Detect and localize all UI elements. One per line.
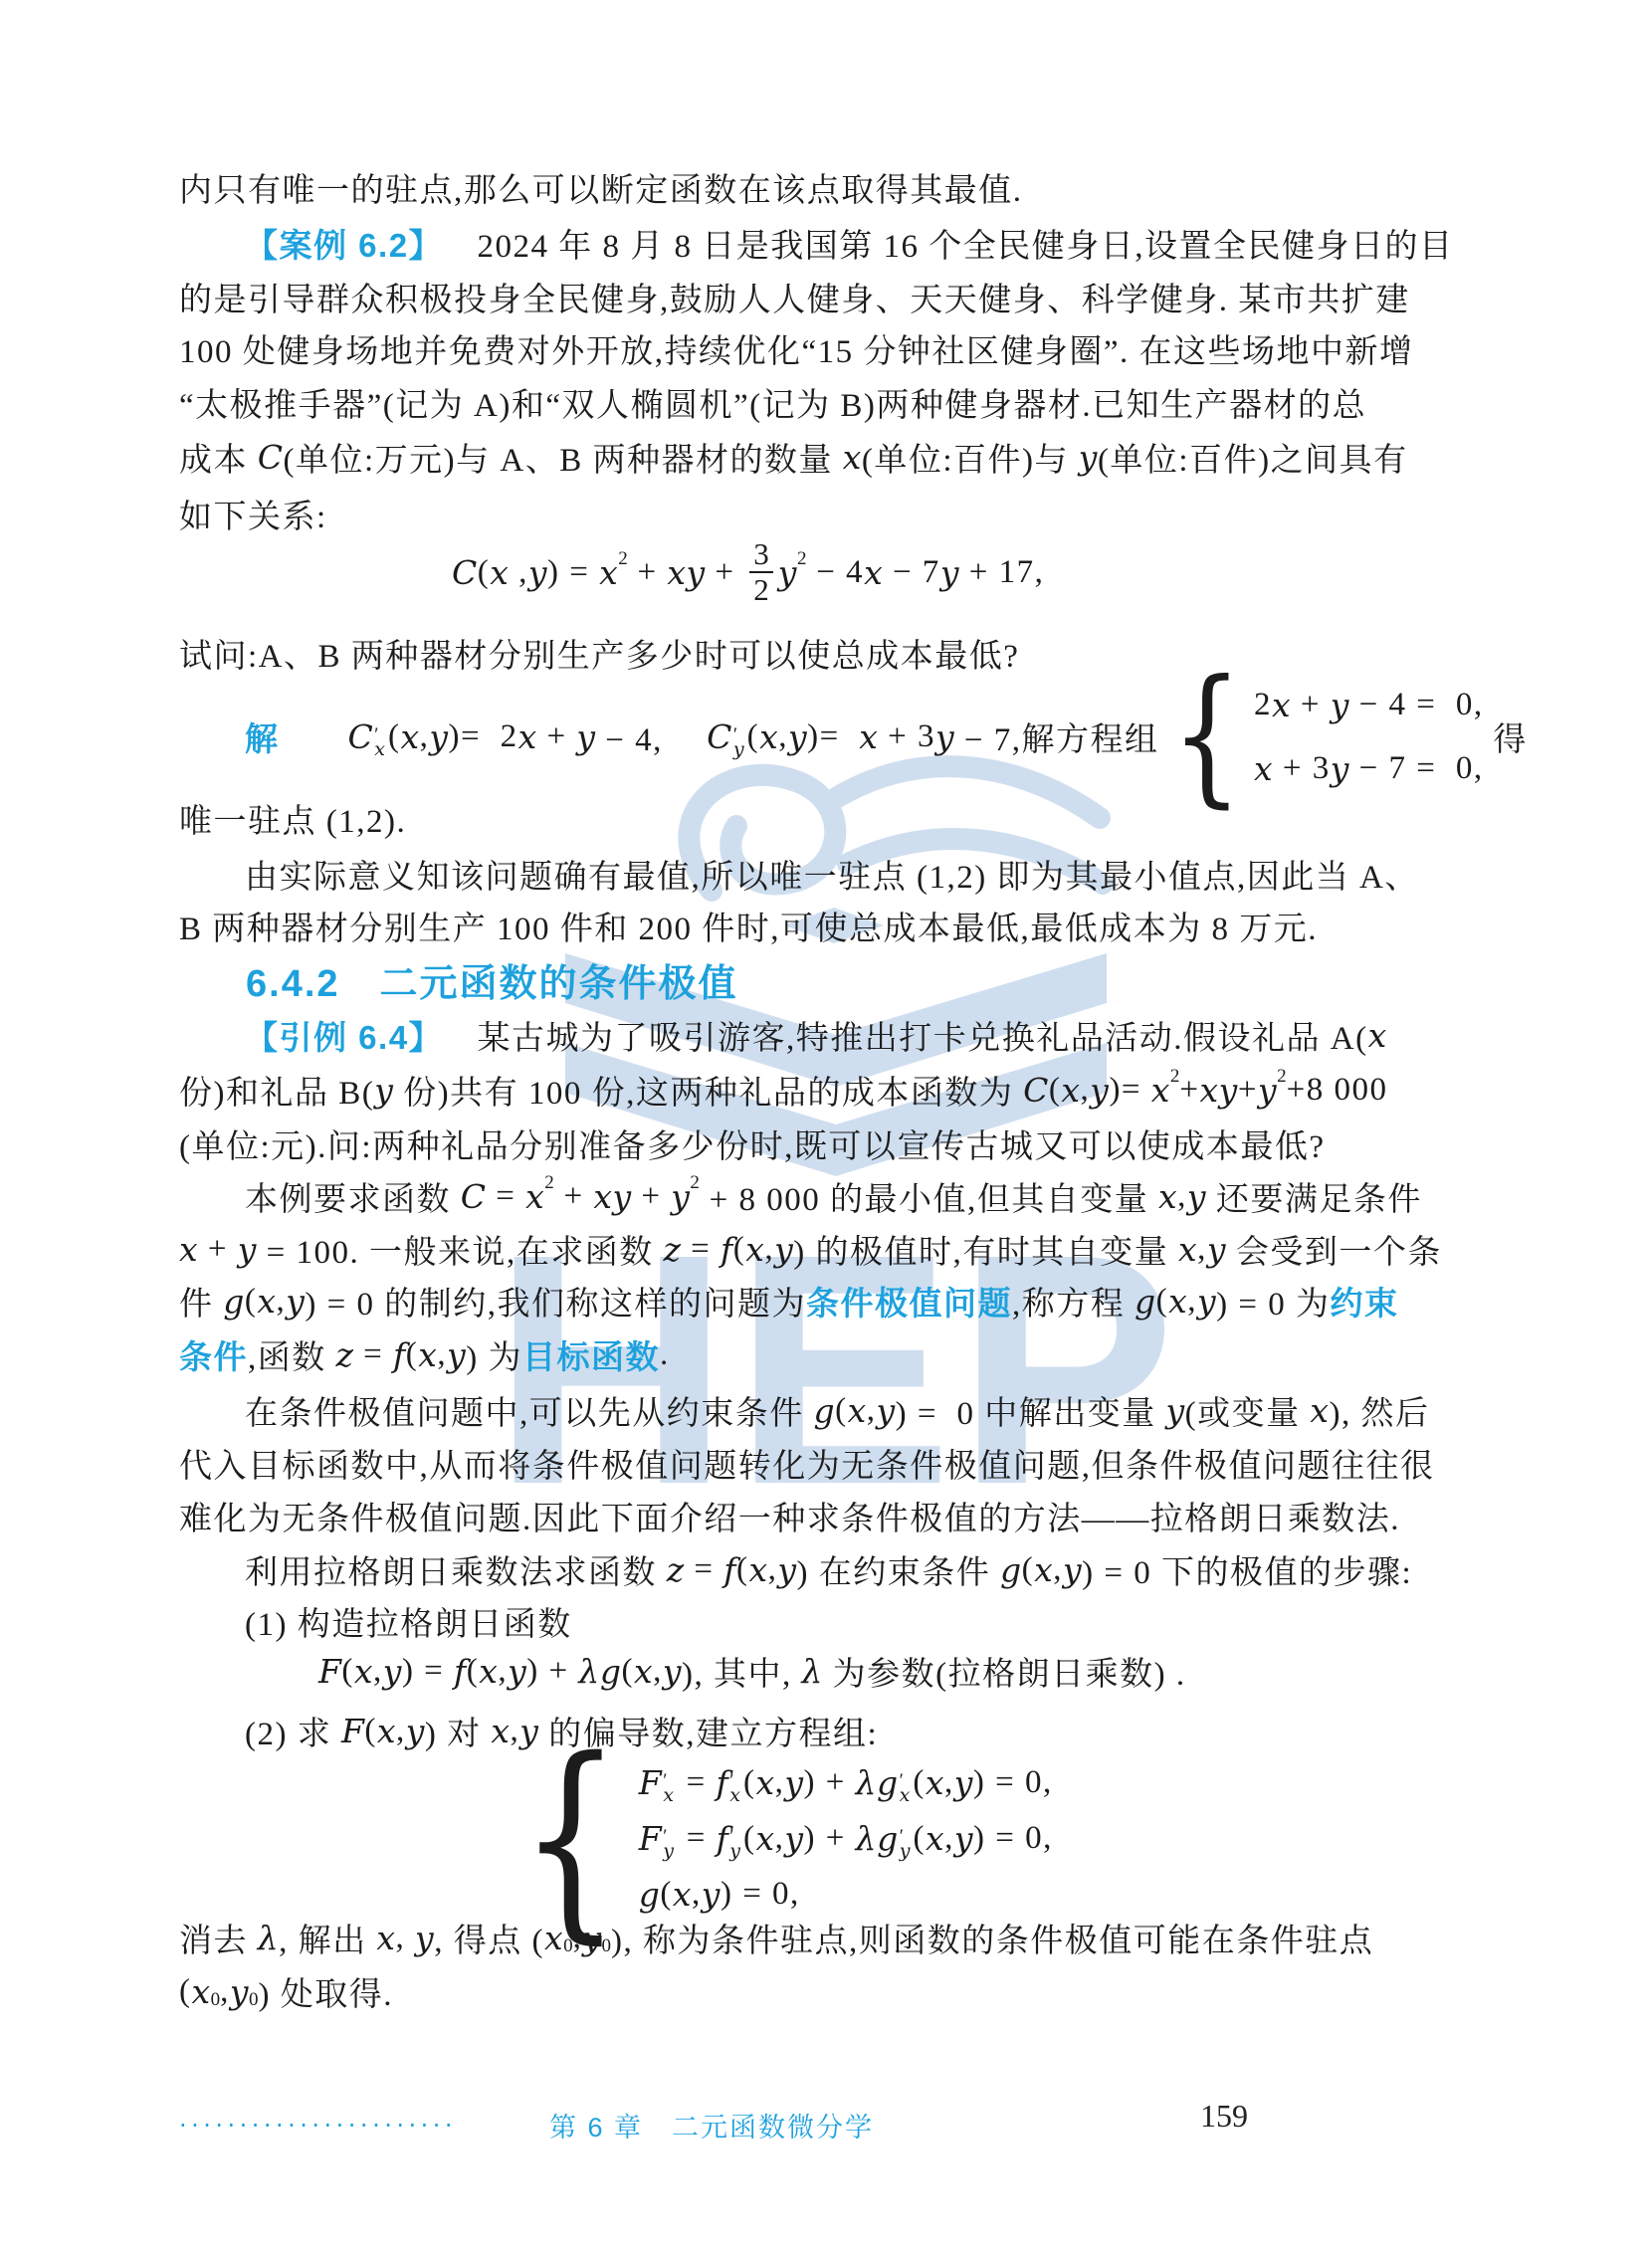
- subscript: y: [729, 1842, 740, 1860]
- brace-icon: {: [519, 1747, 622, 1930]
- text-span: (单位:百件)与: [862, 434, 1079, 481]
- math-var: λ: [801, 1652, 822, 1691]
- text-line: 消去 λ, 解出 x, y, 得点 (x0,y0), 称为条件驻点,则函数的条件…: [179, 1911, 1373, 1964]
- text-span: +: [628, 554, 668, 591]
- text-span: 在条件极值问题中,可以先从约束条件: [245, 1387, 814, 1434]
- text-span: (: [179, 1973, 192, 2010]
- text-span: 的是引导群众积极投身全民健身,鼓励人人健身、天天健身、科学健身. 某市共扩建: [179, 274, 1410, 320]
- math-var: y: [1090, 1071, 1109, 1110]
- text-span: ,: [1187, 1283, 1197, 1320]
- text-span: 试问:A、B 两种器材分别生产多少时可以使总成本最低?: [179, 630, 1019, 677]
- text-span: − 4,: [596, 713, 708, 760]
- text-line: 成本 C(单位:万元)与 A、B 两种器材的数量 x(单位:百件)与 y(单位:…: [179, 430, 1408, 484]
- math-var: y: [1166, 1391, 1185, 1430]
- text-span: , 得点 (: [434, 1915, 544, 1961]
- accent-term: 条件: [179, 1331, 248, 1378]
- math-var: x: [756, 1819, 775, 1858]
- math-var: xy: [593, 1177, 631, 1216]
- math-var: x: [1034, 1550, 1053, 1589]
- text-span: 份)和礼品 B(: [179, 1067, 374, 1114]
- math-var: y: [1187, 1177, 1206, 1216]
- math-var: x: [1254, 749, 1273, 788]
- text-span: ,: [944, 1764, 954, 1801]
- text-line: {F′x = f′x(x,y) + λg′x(x,y) = 0,F′y = f′…: [503, 1753, 1053, 1923]
- text-span: (: [1022, 1551, 1035, 1588]
- text-span: ,: [396, 1920, 416, 1956]
- text-span: ) +: [526, 1653, 578, 1690]
- text-line: 如下关系:: [179, 487, 327, 540]
- math-var: λ: [258, 1919, 279, 1957]
- text-span: ,: [511, 1713, 520, 1749]
- math-var: y: [286, 1282, 305, 1321]
- text-span: (2) 求: [245, 1708, 341, 1754]
- math-var: x: [759, 717, 778, 756]
- text-span: (: [388, 718, 401, 755]
- text-span: + 3: [1273, 750, 1331, 787]
- text-span: ) 在约束条件: [797, 1546, 1001, 1593]
- text-span: ), 其中,: [682, 1648, 802, 1695]
- accent-term: 条件极值问题: [806, 1278, 1012, 1324]
- math-var: y: [777, 1550, 796, 1589]
- page: HEP 内只有唯一的驻点,那么可以断定函数在该点取得其最值.【案例 6.2】 2…: [0, 0, 1652, 2241]
- math-var: x: [1272, 686, 1291, 724]
- text-span: (: [736, 1551, 749, 1588]
- text-span: ) = 0,: [973, 1764, 1053, 1801]
- text-span: 本例要求函数: [245, 1173, 461, 1220]
- math-var: z: [336, 1335, 354, 1374]
- text-span: ,: [653, 1653, 663, 1690]
- text-span: ,: [692, 1876, 702, 1913]
- superscript: 2: [618, 548, 628, 570]
- math-var: C: [461, 1177, 487, 1216]
- text-line: 【案例 6.2】 2024 年 8 月 8 日是我国第 16 个全民健身日,设置…: [245, 216, 1454, 270]
- text-span: ) +: [804, 1764, 856, 1801]
- text-span: =: [353, 1336, 393, 1373]
- text-span: (: [1156, 1283, 1169, 1320]
- text-span: ) =: [402, 1653, 454, 1690]
- text-span: (: [478, 554, 491, 591]
- math-var: y: [778, 553, 797, 592]
- superscript: 2: [544, 1172, 554, 1194]
- text-line: 的是引导群众积极投身全民健身,鼓励人人健身、天天健身、科学健身. 某市共扩建: [179, 270, 1410, 323]
- text-span: ) = 0 中解出变量: [896, 1387, 1166, 1434]
- text-line: (1) 构造拉格朗日函数: [245, 1594, 572, 1648]
- math-var: x: [479, 1652, 498, 1691]
- section-heading: 6.4.2 二元函数的条件极值: [246, 950, 738, 1008]
- math-var: x: [1368, 1016, 1387, 1055]
- text-span: +: [632, 1178, 672, 1215]
- text-span: =: [487, 1178, 526, 1215]
- math-var: x: [376, 1919, 395, 1957]
- subscript: 0: [211, 1989, 221, 2011]
- text-line: 本例要求函数 C = x2 + xy + y2 + 8 000 的最小值,但其自…: [245, 1169, 1422, 1223]
- math-var: y: [954, 1819, 973, 1858]
- text-span: +: [706, 554, 745, 591]
- subscript: x: [900, 1786, 911, 1804]
- text-span: ,: [1081, 1072, 1091, 1109]
- text-span: (或变量: [1185, 1387, 1311, 1434]
- equation-row: x + 3y − 7 = 0,: [1254, 736, 1484, 800]
- text-span: ,: [775, 1820, 785, 1857]
- text-span: 利用拉格朗日乘数法求函数: [245, 1546, 667, 1593]
- math-var: y: [447, 1335, 466, 1374]
- accent-term: 目标函数: [522, 1331, 660, 1378]
- text-span: 还要满足条件: [1206, 1173, 1422, 1220]
- text-span: ), 然后: [1330, 1387, 1430, 1434]
- text-span: ) 的极值时,有时其自变量: [793, 1226, 1178, 1273]
- text-span: B 两种器材分别生产 100 件和 200 件时,可使总成本最低,最低成本为 8…: [179, 903, 1318, 949]
- math-var: x: [634, 1652, 653, 1691]
- math-var: x: [1158, 1177, 1177, 1216]
- math-var: xy: [1200, 1071, 1238, 1110]
- math-var: x: [192, 1972, 211, 2011]
- text-span: ) 对: [425, 1708, 492, 1754]
- equation-rows: 2x + y − 4 = 0,x + 3y − 7 = 0,: [1254, 673, 1484, 800]
- equation-row: F′y = f′y(x,y) + λg′y(x,y) = 0,: [639, 1810, 1053, 1866]
- math-var: y: [582, 1919, 601, 1957]
- text-span: ) = 0,: [973, 1820, 1053, 1857]
- math-var: y: [671, 1177, 690, 1216]
- text-span: ,: [420, 718, 430, 755]
- text-span: ,: [498, 1653, 508, 1690]
- math-var: x: [745, 1230, 764, 1269]
- equation-row: 2x + y − 4 = 0,: [1254, 673, 1484, 736]
- text-line: 在条件极值问题中,可以先从约束条件 g(x,y) = 0 中解出变量 y(或变量…: [245, 1383, 1430, 1437]
- text-span: ,函数: [248, 1331, 336, 1378]
- text-span: ) = 0 下的极值的步骤:: [1082, 1546, 1412, 1593]
- math-var: x: [544, 1919, 563, 1957]
- text-span: +8 000: [1287, 1072, 1388, 1109]
- math-var: x: [1151, 1071, 1170, 1110]
- text-span: − 7 = 0,: [1349, 750, 1484, 787]
- text-span: +: [1238, 1072, 1258, 1109]
- math-var: x: [926, 1763, 944, 1802]
- text-span: (: [660, 1876, 673, 1913]
- text-span: 如下关系:: [179, 491, 327, 537]
- math-var: y: [1258, 1071, 1277, 1110]
- text-span: 成本: [179, 434, 258, 481]
- page-content: 内只有唯一的驻点,那么可以断定函数在该点取得其最值.【案例 6.2】 2024 …: [0, 0, 1652, 2241]
- math-var: y: [374, 1071, 393, 1110]
- accent-term: 解: [245, 713, 280, 760]
- text-span: (: [621, 1653, 634, 1690]
- text-span: 由实际意义知该问题确有最值,所以唯一驻点 (1,2) 即为其最小值点,因此当 A…: [245, 851, 1419, 898]
- text-span: ,: [764, 1231, 774, 1268]
- text-span: ,: [437, 1336, 447, 1373]
- text-line: C(x ,y) = x2 + xy + 32y2 − 4x − 7y + 17,: [452, 517, 1044, 627]
- prime-subscript: ′x: [374, 725, 385, 758]
- math-var: x: [755, 1763, 774, 1802]
- equation-row: F′x = f′x(x,y) + λg′x(x,y) = 0,: [639, 1754, 1053, 1810]
- math-var: x: [179, 1230, 198, 1269]
- math-var: x: [1178, 1230, 1197, 1269]
- text-span: +: [554, 1178, 594, 1215]
- math-var: y: [238, 1230, 257, 1269]
- text-span: (: [245, 1283, 258, 1320]
- text-span: ) = 0 的制约,我们称这样的问题为: [305, 1278, 806, 1324]
- text-span: + 3: [878, 718, 935, 755]
- text-line: (单位:元).问:两种礼品分别准备多少份时,既可以宣传古城又可以使成本最低?: [179, 1117, 1325, 1170]
- math-var: g: [639, 1875, 661, 1914]
- text-line: 份)和礼品 B(y 份)共有 100 份,这两种礼品的成本函数为 C(x,y)=…: [179, 1063, 1387, 1117]
- math-var: x: [400, 717, 419, 756]
- text-span: − 4: [806, 554, 864, 591]
- equation-rows: F′x = f′x(x,y) + λg′x(x,y) = 0,F′y = f′y…: [639, 1754, 1053, 1922]
- math-var: λg: [578, 1652, 621, 1691]
- brace-icon: {: [1170, 673, 1242, 800]
- text-span: ,: [867, 1392, 877, 1429]
- text-span: 得: [1484, 713, 1528, 760]
- math-var: y: [576, 717, 595, 756]
- text-span: +: [537, 718, 577, 755]
- math-var: y: [1063, 1550, 1082, 1589]
- text-span: ,: [509, 554, 528, 591]
- math-var: y: [429, 717, 448, 756]
- text-line: 条件,函数 z = f(x,y) 为目标函数.: [179, 1327, 670, 1381]
- text-line: B 两种器材分别生产 100 件和 200 件时,可使总成本最低,最低成本为 8…: [179, 899, 1318, 952]
- math-var: y: [877, 1391, 896, 1430]
- text-span: − 7,解方程组: [954, 713, 1158, 760]
- text-span: ,称方程: [1012, 1278, 1135, 1324]
- prime-subscript: ′x: [900, 1771, 911, 1804]
- text-span: (: [743, 1764, 756, 1801]
- math-var: x: [518, 717, 537, 756]
- math-var: f: [717, 1763, 729, 1802]
- math-var: y: [702, 1875, 721, 1914]
- text-span: 内只有唯一的驻点,那么可以断定函数在该点取得其最值.: [179, 164, 1023, 211]
- text-span: (: [1049, 1072, 1062, 1109]
- text-span: ) +: [804, 1820, 856, 1857]
- equation-system: {2x + y − 4 = 0,x + 3y − 7 = 0,: [1159, 673, 1484, 800]
- text-span: 难化为无条件极值问题.因此下面介绍一种求条件极值的方法——拉格朗日乘数法.: [179, 1493, 1400, 1539]
- text-span: )= 2: [449, 718, 518, 755]
- subscript: y: [900, 1842, 911, 1860]
- fraction: 32: [749, 537, 773, 607]
- text-span: =: [677, 1820, 717, 1857]
- text-span: ,: [775, 1764, 785, 1801]
- text-span: (: [747, 718, 760, 755]
- math-var: F: [639, 1763, 662, 1802]
- math-var: x: [599, 553, 618, 592]
- math-var: y: [784, 1763, 803, 1802]
- text-span: 6.4.2 二元函数的条件极值: [246, 952, 738, 1007]
- prime-subscript: ′y: [729, 1827, 740, 1860]
- text-line: (x0,y0) 处取得.: [179, 1964, 393, 2018]
- text-span: + 8 000 的最小值,但其自变量: [700, 1173, 1158, 1220]
- text-span: (: [406, 1336, 419, 1373]
- text-span: )=: [807, 718, 859, 755]
- text-span: ) =: [547, 554, 599, 591]
- subscript: y: [733, 740, 744, 758]
- math-var: x: [843, 438, 862, 477]
- math-var: y: [774, 1230, 793, 1269]
- text-span: ,: [768, 1551, 778, 1588]
- math-var: y: [954, 1763, 973, 1802]
- text-line: 利用拉格朗日乘数法求函数 z = f(x,y) 在约束条件 g(x,y) = 0…: [245, 1542, 1412, 1596]
- text-span: (1) 构造拉格朗日函数: [245, 1598, 572, 1645]
- math-var: y: [383, 1652, 402, 1691]
- text-span: (: [835, 1392, 848, 1429]
- math-var: z: [667, 1550, 685, 1589]
- page-number: 159: [1200, 2098, 1248, 2135]
- equation-system: {F′x = f′x(x,y) + λg′x(x,y) = 0,F′y = f′…: [503, 1747, 1053, 1930]
- text-span: 某古城为了吸引游客,特推出打卡兑换礼品活动.假设礼品 A(: [443, 1012, 1368, 1059]
- text-span: +: [198, 1231, 238, 1268]
- math-var: λg: [856, 1819, 899, 1858]
- text-line: 代入目标函数中,从而将条件极值问题转化为无条件极值问题,但条件极值问题往往很: [179, 1436, 1435, 1490]
- text-span: ,: [373, 1653, 383, 1690]
- text-line: x + y = 100. 一般来说,在求函数 z = f(x,y) 的极值时,有…: [179, 1222, 1442, 1276]
- subscript: y: [663, 1842, 674, 1860]
- text-span: ,: [778, 718, 788, 755]
- math-var: y: [1079, 438, 1098, 477]
- text-span: , 解出: [279, 1915, 376, 1961]
- text-span: (: [743, 1820, 756, 1857]
- text-span: ) 为: [466, 1331, 522, 1378]
- math-var: y: [784, 1819, 803, 1858]
- math-var: x: [848, 1391, 867, 1430]
- math-var: g: [814, 1391, 836, 1430]
- text-span: .: [660, 1336, 670, 1373]
- superscript: 2: [1170, 1066, 1180, 1088]
- prime-subscript: ′y: [663, 1827, 674, 1860]
- text-line: “太极推手器”(记为 A)和“双人椭圆机”(记为 B)两种健身器材.已知生产器材…: [179, 375, 1366, 429]
- math-var: C: [348, 717, 374, 756]
- math-var: y: [406, 1712, 425, 1750]
- math-var: y: [935, 717, 954, 756]
- text-span: =: [677, 1764, 717, 1801]
- math-var: y: [528, 553, 547, 592]
- text-span: )=: [1109, 1072, 1150, 1109]
- text-line: 难化为无条件极值问题.因此下面介绍一种求条件极值的方法——拉格朗日乘数法.: [179, 1489, 1400, 1542]
- math-var: x: [1061, 1071, 1080, 1110]
- math-var: F: [639, 1819, 662, 1858]
- text-span: − 4 = 0,: [1349, 687, 1484, 723]
- text-line: 件 g(x,y) = 0 的制约,我们称这样的问题为条件极值问题,称方程 g(x…: [179, 1274, 1399, 1327]
- fraction-numerator: 3: [753, 537, 769, 571]
- math-var: g: [1135, 1282, 1156, 1321]
- math-var: y: [940, 553, 959, 592]
- subscript: x: [663, 1786, 674, 1804]
- math-var: f: [721, 1230, 733, 1269]
- math-var: f: [717, 1819, 729, 1858]
- math-var: x: [926, 1819, 944, 1858]
- text-span: ,: [1053, 1551, 1063, 1588]
- text-span: “太极推手器”(记为 A)和“双人椭圆机”(记为 B)两种健身器材.已知生产器材…: [179, 379, 1366, 426]
- subscript: 0: [563, 1935, 573, 1957]
- text-span: ,: [944, 1820, 954, 1857]
- text-span: ) = 0,: [721, 1876, 800, 1913]
- accent-term: 【引例 6.4】: [245, 1012, 443, 1059]
- text-span: 代入目标函数中,从而将条件极值问题转化为无条件极值问题,但条件极值问题往往很: [179, 1440, 1435, 1487]
- text-span: = 100. 一般来说,在求函数: [257, 1226, 664, 1273]
- text-line: 【引例 6.4】 某古城为了吸引游客,特推出打卡兑换礼品活动.假设礼品 A(x: [245, 1008, 1387, 1062]
- math-var: f: [723, 1550, 736, 1589]
- math-var: x: [1310, 1391, 1329, 1430]
- math-var: x: [864, 553, 883, 592]
- superscript: 2: [690, 1172, 700, 1194]
- text-span: =: [685, 1551, 724, 1588]
- text-span: ), 称为条件驻点,则函数的条件极值可能在条件驻点: [611, 1915, 1373, 1961]
- prime-subscript: ′y: [900, 1827, 911, 1860]
- prime-subscript: ′x: [729, 1771, 740, 1804]
- text-span: (单位:百件)之间具有: [1098, 434, 1408, 481]
- accent-term: 约束: [1331, 1278, 1399, 1324]
- math-var: x: [377, 1712, 396, 1750]
- math-var: x: [673, 1875, 692, 1914]
- page-footer: ······················· 第 6 章 二元函数微分学 15…: [0, 2090, 1652, 2159]
- prime-subscript: ′x: [663, 1771, 674, 1804]
- text-span: + 17,: [959, 554, 1044, 591]
- text-span: 消去: [179, 1915, 258, 1961]
- math-var: f: [393, 1335, 406, 1374]
- math-var: F: [341, 1712, 364, 1750]
- footer-chapter-title: 第 6 章 二元函数微分学: [549, 2106, 874, 2144]
- text-span: ,: [220, 1973, 230, 2010]
- text-span: ,: [396, 1713, 406, 1749]
- text-span: (: [913, 1764, 926, 1801]
- math-var: λg: [856, 1763, 899, 1802]
- text-span: 份)共有 100 份,这两种礼品的成本函数为: [393, 1067, 1023, 1114]
- subscript: x: [729, 1786, 740, 1804]
- text-span: +: [1179, 1072, 1199, 1109]
- textbook-page: { "accent": "#1da1dd", "text_color": "#1…: [0, 0, 1652, 2241]
- math-var: y: [1331, 686, 1349, 724]
- math-var: C: [258, 438, 284, 477]
- math-var: C: [452, 553, 478, 592]
- math-var: x: [490, 553, 509, 592]
- text-span: 2024 年 8 月 8 日是我国第 16 个全民健身日,设置全民健身日的目: [443, 220, 1454, 267]
- text-span: 会受到一个条: [1226, 1226, 1442, 1273]
- math-var: x: [859, 717, 878, 756]
- math-var: y: [1331, 749, 1349, 788]
- math-var: x: [354, 1652, 373, 1691]
- text-span: (: [341, 1653, 354, 1690]
- text-line: F(x,y) = f(x,y) + λg(x,y), 其中, λ 为参数(拉格朗…: [318, 1644, 1186, 1698]
- math-var: C: [707, 717, 732, 756]
- text-span: (: [364, 1713, 377, 1749]
- fraction-denominator: 2: [749, 571, 773, 607]
- math-var: x: [418, 1335, 437, 1374]
- text-span: [280, 713, 348, 760]
- math-var: z: [664, 1230, 682, 1269]
- text-line: 唯一驻点 (1,2).: [179, 791, 406, 845]
- text-span: ,: [1177, 1178, 1187, 1215]
- math-var: x: [257, 1282, 276, 1321]
- text-line: 内只有唯一的驻点,那么可以断定函数在该点取得其最值.: [179, 160, 1023, 214]
- math-var: x: [748, 1550, 767, 1589]
- text-line: 由实际意义知该问题确有最值,所以唯一驻点 (1,2) 即为其最小值点,因此当 A…: [245, 847, 1419, 901]
- superscript: 2: [1277, 1066, 1287, 1088]
- text-line: 100 处健身场地并免费对外开放,持续优化“15 分钟社区健身圈”. 在这些场地…: [179, 321, 1414, 375]
- math-var: y: [663, 1652, 682, 1691]
- text-span: (: [467, 1653, 480, 1690]
- math-var: x: [525, 1177, 544, 1216]
- text-line: 解 C′x(x,y)= 2x + y − 4, C′y(x,y)= x + 3y…: [245, 672, 1528, 801]
- math-var: y: [415, 1919, 434, 1957]
- math-var: C: [1023, 1071, 1049, 1110]
- text-span: − 7: [883, 554, 940, 591]
- math-var: g: [223, 1282, 245, 1321]
- math-var: y: [230, 1972, 249, 2011]
- text-span: =: [681, 1231, 721, 1268]
- math-var: g: [1000, 1550, 1022, 1589]
- text-span: +: [1291, 687, 1331, 723]
- text-span: ,: [277, 1283, 287, 1320]
- math-var: xy: [667, 553, 705, 592]
- math-var: y: [788, 717, 807, 756]
- text-span: ,: [1197, 1231, 1207, 1268]
